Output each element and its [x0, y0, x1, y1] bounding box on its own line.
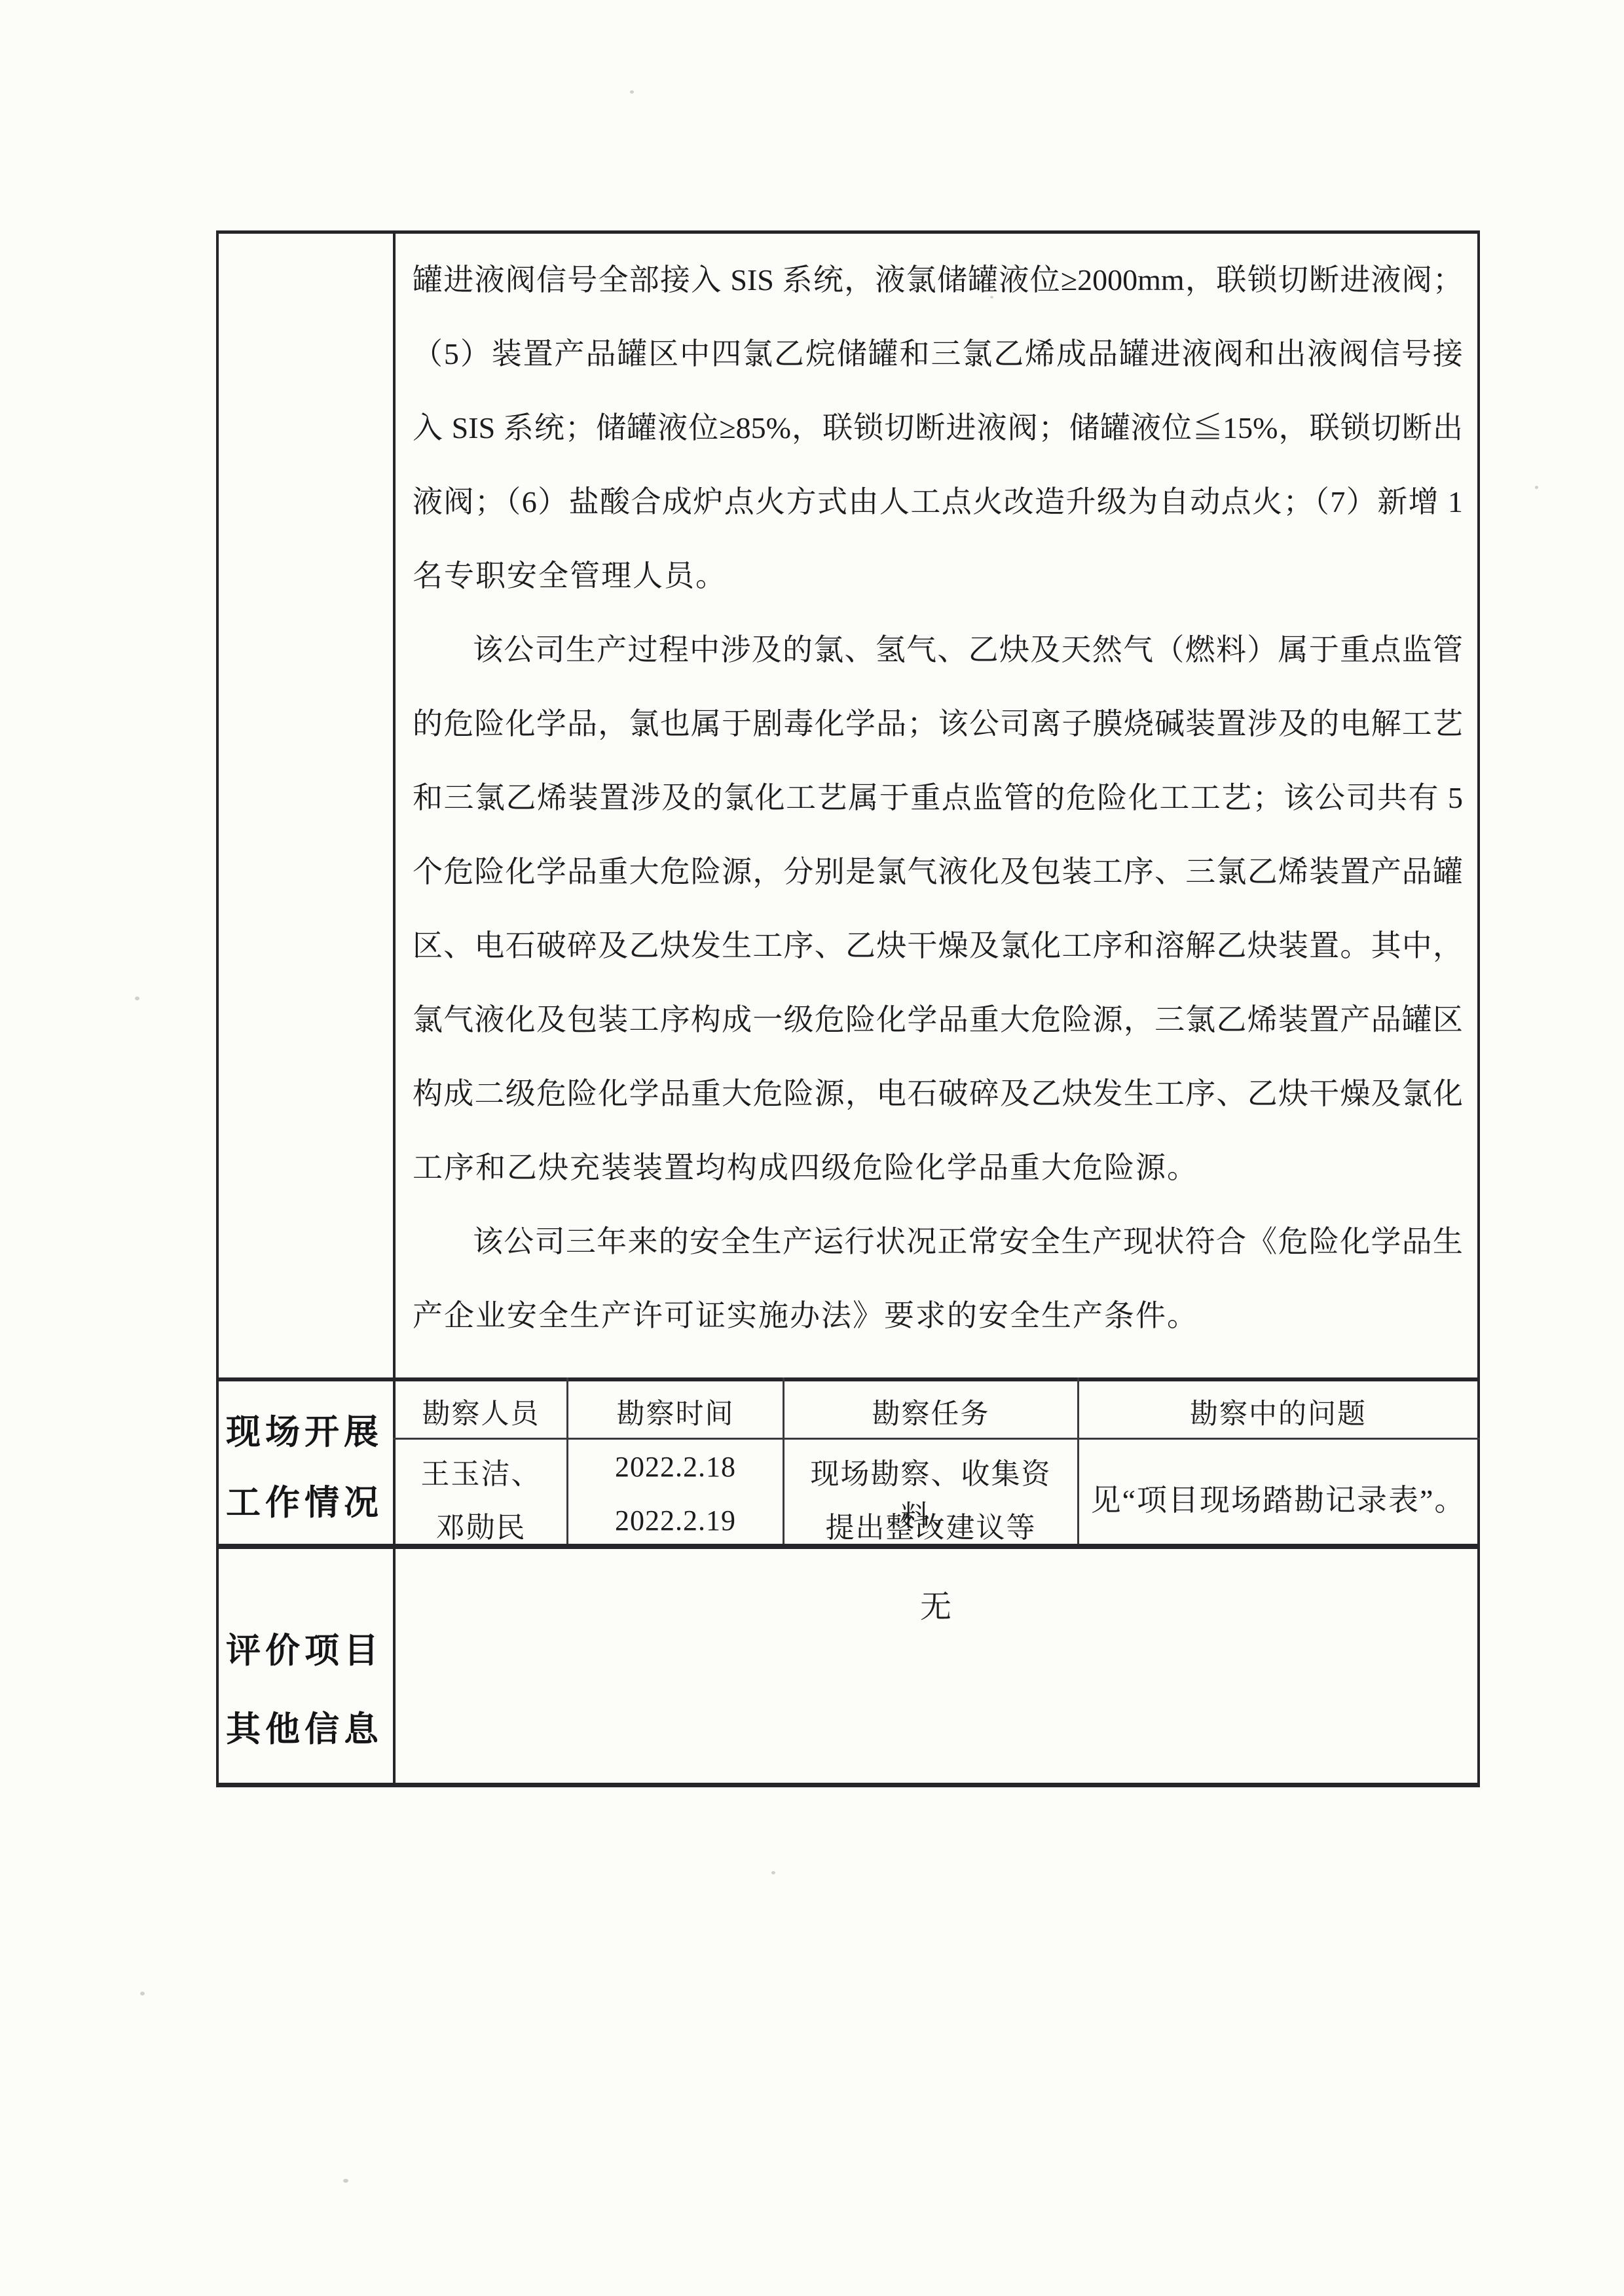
survey-date-line2: 2022.2.19 [568, 1504, 783, 1537]
body-text-line: 区、电石破碎及乙炔发生工序、乙炔干燥及氯化工序和溶解乙炔装置。其中， [413, 909, 1463, 983]
survey-header-task: 勘察任务 [784, 1392, 1077, 1432]
scan-speck [1535, 486, 1538, 489]
body-text-line: 产企业安全生产许可证实施办法》要求的安全生产条件。 [413, 1279, 1463, 1353]
survey-personnel-line2: 邓勋民 [396, 1504, 566, 1546]
body-text-line: 入 SIS 系统；储罐液位≥85%，联锁切断进液阀；储罐液位≦15%，联锁切断出 [413, 391, 1463, 465]
body-text-line: 该公司生产过程中涉及的氯、氢气、乙炔及天然气（燃料）属于重点监管 [413, 613, 1463, 687]
body-text-line: 个危险化学品重大危险源，分别是氯气液化及包装工序、三氯乙烯装置产品罐 [413, 835, 1463, 909]
body-text-line: 该公司三年来的安全生产运行状况正常安全生产现状符合《危险化学品生 [413, 1205, 1463, 1279]
body-text-line: 工序和乙炔充装装置均构成四级危险化学品重大危险源。 [413, 1131, 1463, 1205]
row-label-survey-line1: 现场开展 [216, 1397, 393, 1468]
body-text-line: 构成二级危险化学品重大危险源，电石破碎及乙炔发生工序、乙炔干燥及氯化 [413, 1057, 1463, 1131]
survey-personnel-line1: 王玉洁、 [396, 1450, 566, 1492]
scan-speck [140, 1992, 145, 1995]
survey-header-time: 勘察时间 [568, 1392, 783, 1432]
table-border-bottom [216, 1783, 1480, 1787]
body-text-line: 罐进液阀信号全部接入 SIS 系统，液氯储罐液位≥2000mm，联锁切断进液阀； [413, 243, 1463, 317]
survey-task-line2: 提出整改建议等 [784, 1504, 1077, 1546]
survey-row-top-divider [216, 1377, 1480, 1381]
survey-issues-value: 见“项目现场踏勘记录表”。 [1079, 1476, 1477, 1520]
survey-date-line1: 2022.2.18 [568, 1450, 783, 1484]
row-label-other-info: 评价项目 其他信息 [216, 1612, 393, 1769]
body-text-line: 和三氯乙烯装置涉及的氯化工艺属于重点监管的危险化工工艺；该公司共有 5 [413, 761, 1463, 835]
table-border-right [1477, 230, 1480, 1787]
report-body-text: 罐进液阀信号全部接入 SIS 系统，液氯储罐液位≥2000mm，联锁切断进液阀；… [396, 234, 1477, 1376]
scan-speck [630, 90, 634, 94]
body-text-line: （5）装置产品罐区中四氯乙烷储罐和三氯乙烯成品罐进液阀和出液阀信号接 [413, 317, 1463, 391]
survey-header-divider [393, 1438, 1480, 1440]
scan-speck [343, 2179, 348, 2183]
body-text-line: 名专职安全管理人员。 [413, 539, 1463, 613]
row-label-survey-line2: 工作情况 [216, 1468, 393, 1539]
body-text-line: 的危险化学品，氯也属于剧毒化学品；该公司离子膜烧碱装置涉及的电解工艺 [413, 687, 1463, 761]
table-border-left [216, 230, 219, 1787]
row-label-other-line1: 评价项目 [216, 1612, 393, 1690]
survey-header-personnel: 勘察人员 [396, 1392, 566, 1432]
scan-speck [990, 296, 993, 299]
row-label-other-line2: 其他信息 [216, 1690, 393, 1769]
scanned-document-page: 罐进液阀信号全部接入 SIS 系统，液氯储罐液位≥2000mm，联锁切断进液阀；… [0, 0, 1624, 2296]
body-text-line: 氯气液化及包装工序构成一级危险化学品重大危险源，三氯乙烯装置产品罐区 [413, 983, 1463, 1057]
scan-speck [771, 1871, 775, 1874]
other-info-value: 无 [396, 1581, 1477, 1627]
scan-speck [135, 996, 139, 1000]
row-label-survey-work: 现场开展 工作情况 [216, 1397, 393, 1539]
body-text-line: 液阀；（6）盐酸合成炉点火方式由人工点火改造升级为自动点火；（7）新增 1 [413, 465, 1463, 539]
survey-header-issues: 勘察中的问题 [1079, 1392, 1477, 1432]
